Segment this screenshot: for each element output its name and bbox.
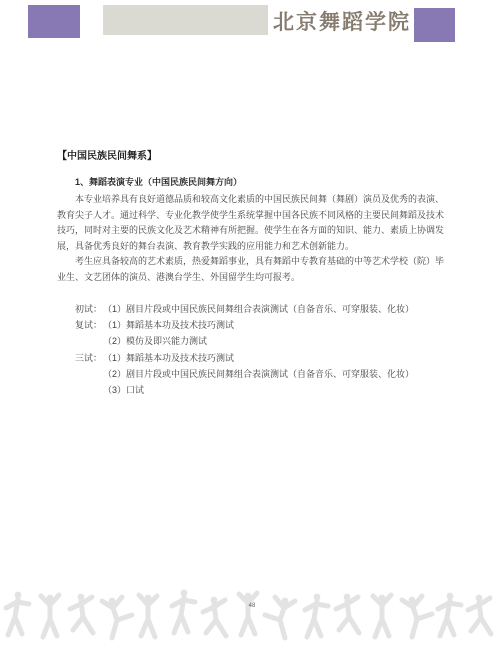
- program-title: 1、舞蹈表演专业（中国民族民间舞方向）: [75, 176, 444, 189]
- paragraph-training-objectives: 本专业培养具有良好道德品质和较高文化素质的中国民族民间舞（舞剧）演员及优秀的表演…: [57, 192, 444, 254]
- exam-row-first-test: 初试： （1）剧目片段或中国民族民间舞组合表演测试（自备音乐、可穿服装、化妆）: [57, 301, 444, 317]
- document-page: 北京舞蹈学院 【中国民族民间舞系】 1、舞蹈表演专业（中国民族民间舞方向） 本专…: [0, 0, 500, 649]
- exam-row-second-test: 复试： （1）舞蹈基本功及技术技巧测试 （2）模仿及即兴能力测试: [57, 317, 444, 349]
- exam-item: （3）口试: [103, 382, 444, 398]
- header-left-purple-block: [28, 5, 80, 38]
- exam-item: （2）模仿及即兴能力测试: [103, 333, 444, 349]
- paragraph-eligibility: 考生应具备较高的艺术素质，热爱舞蹈事业，具有舞蹈中专教育基础的中等艺术学校（院）…: [57, 254, 444, 285]
- exam-item: （1）舞蹈基本功及技术技巧测试: [103, 317, 444, 333]
- content-area: 【中国民族民间舞系】 1、舞蹈表演专业（中国民族民间舞方向） 本专业培养具有良好…: [57, 150, 444, 398]
- header-right-purple-block: [414, 8, 455, 42]
- exam-round-label: 初试：: [75, 301, 102, 317]
- exam-row-third-test: 三试： （1）舞蹈基本功及技术技巧测试 （2）剧目片段或中国民族民间舞组合表演测…: [57, 350, 444, 399]
- exam-round-label: 复试：: [75, 317, 102, 333]
- exam-item: （1）剧目片段或中国民族民间舞组合表演测试（自备音乐、可穿服装、化妆）: [103, 301, 444, 317]
- dancers-silhouette-band: [0, 586, 500, 642]
- exam-round-label: 三试：: [75, 350, 102, 366]
- exam-item: （2）剧目片段或中国民族民间舞组合表演测试（自备音乐、可穿服装、化妆）: [103, 366, 444, 382]
- academy-logo-calligraphy: 北京舞蹈学院: [191, 6, 411, 36]
- page-number: 48: [240, 603, 264, 609]
- section-title: 【中国民族民间舞系】: [57, 150, 444, 164]
- exam-item: （1）舞蹈基本功及技术技巧测试: [103, 350, 444, 366]
- exam-requirements-list: 初试： （1）剧目片段或中国民族民间舞组合表演测试（自备音乐、可穿服装、化妆） …: [57, 301, 444, 398]
